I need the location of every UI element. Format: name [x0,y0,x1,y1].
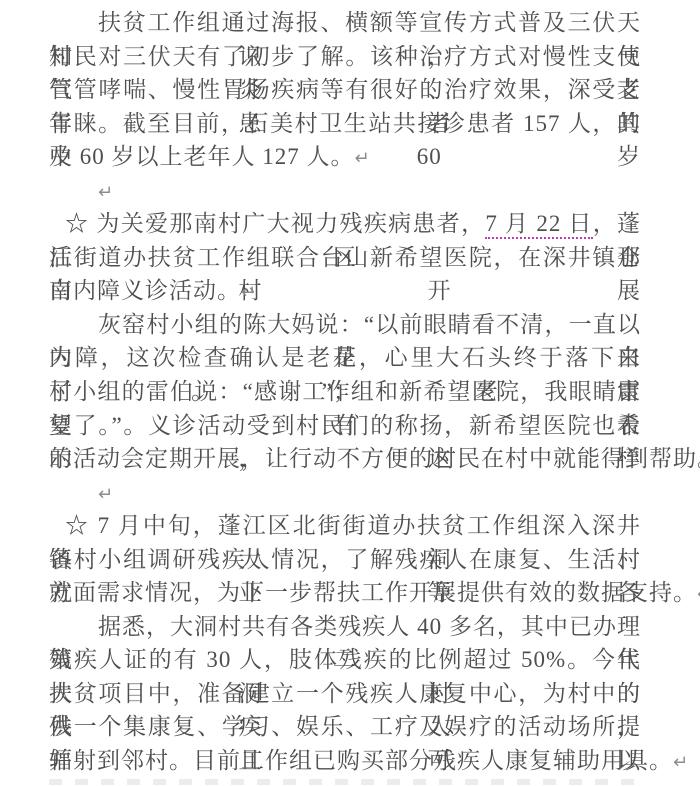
text-line[interactable]: 后街道办扶贫工作组联合台山新希望医院，在深井镇那南村开展 [49,241,641,275]
text-line[interactable]: ☆ 为关爱那南村广大视力残疾病患者，7 月 22 日，蓬江区仓 [49,207,641,241]
text-line[interactable]: 灰窑村小组的陈大妈说：“以前眼睛看不清，一直以为是白 [49,308,641,342]
text-line[interactable]: 供一个集康复、学习、娱乐、工疗及娱疗的活动场所，并且可以 [49,710,641,744]
document-page[interactable]: 扶贫工作组通过海报、横额等宣传方式普及三伏天知识，使村民对三伏天有了初步了解。该… [49,6,641,778]
paragraph-mark-icon: ↵ [241,282,256,303]
text-line[interactable]: 青睐。截至目前，石美村卫生站共接诊患者 157 人，其中 60 岁 [49,107,641,141]
cut-off-next-line [49,779,641,785]
date-underlined-text: 7 月 22 日 [485,211,592,239]
paragraph-mark-icon: ↵ [98,182,113,203]
paragraph-mark-icon: ↵ [98,484,113,505]
text-line[interactable]: 辐射到邻村。目前工作组已购买部分残疾人康复辅助用具。↵ [49,744,641,778]
text-line[interactable]: 村小组的雷伯说：“感谢工作组和新希望医院，我眼睛康复有希 [49,375,641,409]
paragraph-mark-icon: ↵ [355,148,370,169]
text-line[interactable]: ↵ [49,174,641,208]
text-segment: 及 60 岁以上老年人 127 人。 [49,144,355,169]
text-segment: 辐射到邻村。目前工作组已购买部分残疾人康复辅助用具。 [49,748,673,773]
text-segment: 为关爱那南村广大视力残疾病患者， [89,211,485,236]
star-bullet-icon: ☆ [65,211,89,236]
text-segment: 白内障义诊活动。 [49,278,241,303]
text-line[interactable]: 各村小组调研残疾人情况，了解残疾人在康复、生活、就业等各 [49,543,641,577]
text-line[interactable]: 内障，这次检查确认是老花，心里大石头终于落下来了。”；老雷 [49,341,641,375]
text-line[interactable]: 扶贫工作组通过海报、横额等宣传方式普及三伏天知识，使 [49,6,641,40]
text-line[interactable]: 气管哮喘、慢性胃肠疾病等有很好的治疗效果，深受老年患者的 [49,73,641,107]
text-segment: 方面需求情况，为下一步帮扶工作开展提供有效的数据支持。 [49,580,697,605]
text-line[interactable]: 据悉，大洞村共有各类残疾人 40 多名，其中已办理第二代 [49,610,641,644]
text-line[interactable]: ↵ [49,476,641,510]
text-line[interactable]: 残疾人证的有 30 人，肢体残疾的比例超过 50%。今年大洞村的 [49,643,641,677]
text-line[interactable]: ☆ 7 月中旬，蓬江区北街街道办扶贫工作组深入深井镇大洞村 [49,509,641,543]
text-line[interactable]: 望了。”。义诊活动受到村民们的称扬，新希望医院也表示，这样 [49,409,641,443]
text-line[interactable]: 方面需求情况，为下一步帮扶工作开展提供有效的数据支持。↵ [49,576,641,610]
star-bullet-icon: ☆ [65,513,90,538]
text-segment: 的活动会定期开展，让行动不方便的村民在村中就能得到帮助。 [49,446,700,471]
paragraph-mark-icon: ↵ [673,752,688,773]
text-line[interactable]: 村民对三伏天有了初步了解。该种治疗方式对慢性支气管炎、支 [49,40,641,74]
text-line[interactable]: 的活动会定期开展，让行动不方便的村民在村中就能得到帮助。↵ [49,442,641,476]
text-line[interactable]: 扶贫项目中，准备建立一个残疾人康复中心，为村中的残疾人提 [49,677,641,711]
